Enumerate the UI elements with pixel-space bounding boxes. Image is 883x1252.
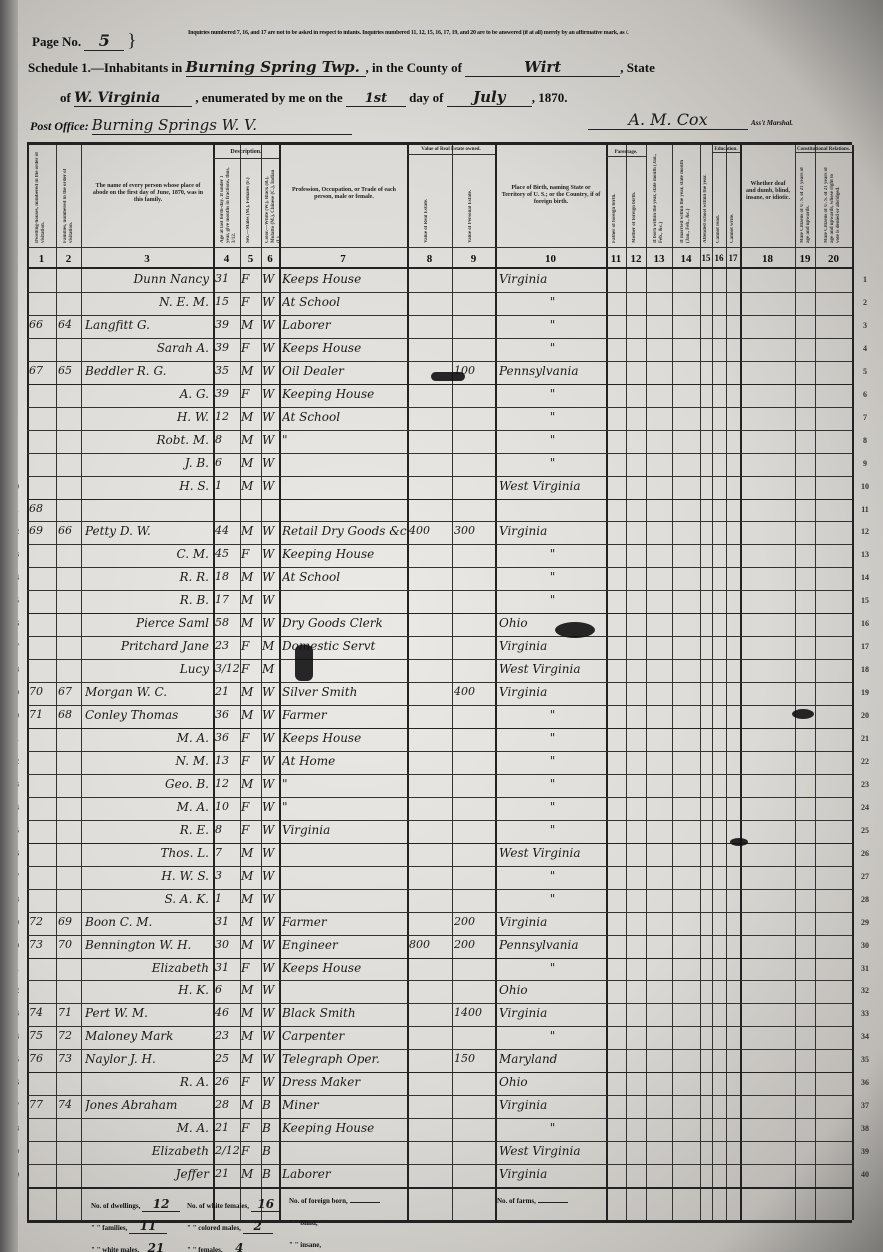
name-cell: M. A. (85, 731, 213, 745)
line-number-right: 16 (857, 619, 873, 628)
birthplace-cell: " (499, 387, 606, 401)
col-num-3: 3 (81, 253, 213, 265)
birthplace-cell: Virginia (499, 524, 606, 538)
birthplace-cell: " (499, 869, 606, 883)
birthplace-cell: Virginia (499, 685, 606, 699)
birthplace-cell: Virginia (499, 639, 606, 653)
birthplace-cell: " (499, 754, 606, 768)
color-cell: W (262, 938, 280, 952)
occupation-cell: Virginia (282, 823, 407, 837)
sex-cell: M (241, 1029, 261, 1043)
summary-white-males-value: 21 (141, 1241, 171, 1252)
occupation-cell: " (282, 800, 407, 814)
post-office-label: Post Office: (30, 119, 89, 133)
line-number-right: 14 (857, 573, 873, 582)
line-number-right: 32 (857, 986, 873, 995)
age-cell: 18 (215, 570, 240, 583)
personal-estate-cell: 200 (454, 915, 495, 928)
sex-cell: F (241, 387, 261, 401)
line-number-right: 1 (857, 275, 873, 284)
occupation-cell: Keeps House (282, 961, 407, 975)
age-cell: 8 (215, 433, 240, 446)
birthplace-cell: West Virginia (499, 846, 606, 860)
col-11-label: Father of foreign birth. (612, 171, 618, 243)
name-cell: Elizabeth (85, 1144, 213, 1158)
occupation-cell: Silver Smith (282, 685, 407, 699)
col-9-label: Value of Personal Estate. (468, 171, 474, 243)
age-cell: 28 (215, 1098, 240, 1111)
occupation-cell: Keeps House (282, 341, 407, 355)
sex-cell: F (241, 961, 261, 975)
name-cell: Petty D. W. (85, 524, 213, 538)
sex-cell: M (241, 433, 261, 447)
summary-foreign-born-value (350, 1202, 380, 1203)
birthplace-cell: " (499, 295, 606, 309)
sex-cell: M (241, 410, 261, 424)
ink-blot (295, 645, 313, 681)
real-estate-cell: 800 (409, 938, 452, 951)
dwelling-cell: 75 (29, 1029, 55, 1042)
col-16-label: Cannot read. (716, 175, 722, 243)
line-number-left: 8 (7, 436, 23, 445)
family-cell: 66 (58, 524, 80, 537)
sex-cell: F (241, 800, 261, 814)
color-cell: W (262, 731, 280, 745)
personal-estate-cell: 300 (454, 524, 495, 537)
name-cell: R. B. (85, 593, 213, 607)
occupation-cell: At School (282, 295, 407, 309)
name-cell: Elizabeth (85, 961, 213, 975)
col-num-12: 12 (626, 253, 646, 265)
dwelling-cell: 70 (29, 685, 55, 698)
color-cell: W (262, 547, 280, 561)
name-cell: Conley Thomas (85, 708, 213, 722)
birthplace-cell: Ohio (499, 983, 606, 997)
birthplace-cell: " (499, 547, 606, 561)
summary-colored-females: " " females, 4 (187, 1241, 254, 1252)
birthplace-cell: " (499, 410, 606, 424)
line-number-left: 2 (7, 298, 23, 307)
occupation-cell: Oil Dealer (282, 364, 407, 378)
age-cell: 13 (215, 754, 240, 767)
age-cell: 23 (215, 639, 240, 652)
state-field: W. Virginia (74, 90, 192, 107)
col-7-label: Profession, Occupation, or Trade of each… (289, 187, 399, 201)
line-number-left: 5 (7, 367, 23, 376)
age-cell: 39 (215, 318, 240, 331)
line-number-left: 32 (7, 986, 23, 995)
name-cell: H. W. S. (85, 869, 213, 883)
sex-cell: M (241, 364, 261, 378)
sex-cell: F (241, 823, 261, 837)
line-number-right: 12 (857, 527, 873, 536)
personal-estate-cell: 1400 (454, 1006, 495, 1019)
sex-cell: M (241, 708, 261, 722)
sex-cell: M (241, 938, 261, 952)
summary-farms: No. of farms, (497, 1197, 568, 1205)
col-num-20: 20 (815, 253, 852, 265)
name-cell: Pert W. M. (85, 1006, 213, 1020)
summary-colored-males: " " colored males, 2 (187, 1219, 273, 1234)
occupation-cell: At School (282, 570, 407, 584)
color-cell: M (262, 662, 280, 676)
name-cell: Sarah A. (85, 341, 213, 355)
dwelling-cell: 74 (29, 1006, 55, 1019)
line-number-left: 14 (7, 573, 23, 582)
sex-cell: M (241, 616, 261, 630)
birthplace-cell: " (499, 570, 606, 584)
occupation-cell: Retail Dry Goods &c. (282, 524, 407, 538)
line-number-right: 13 (857, 550, 873, 559)
line-number-right: 8 (857, 436, 873, 445)
sex-cell: M (241, 570, 261, 584)
age-cell: 3/12 (215, 662, 240, 675)
occupation-cell: At School (282, 410, 407, 424)
family-cell: 69 (58, 915, 80, 928)
color-cell: W (262, 915, 280, 929)
marshal-label: Ass't Marshal. (751, 119, 793, 127)
color-cell: W (262, 846, 280, 860)
col-10-label: Place of Birth, naming State or Territor… (501, 185, 601, 206)
sex-cell: M (241, 777, 261, 791)
sex-cell: M (241, 524, 261, 538)
post-office-line: Post Office: Burning Springs W. V. (30, 116, 352, 135)
age-cell: 25 (215, 1052, 240, 1065)
group-constitutional: Constitutional Relations. (795, 147, 852, 153)
line-number-left: 39 (7, 1147, 23, 1156)
family-cell: 64 (58, 318, 80, 331)
name-cell: M. A. (85, 1121, 213, 1135)
sex-cell: F (241, 272, 261, 286)
sex-cell: M (241, 456, 261, 470)
line-number-right: 20 (857, 711, 873, 720)
schedule-label: Schedule 1.—Inhabitants in (28, 60, 182, 75)
birthplace-cell: " (499, 708, 606, 722)
birthplace-cell: " (499, 800, 606, 814)
birthplace-cell: " (499, 1121, 606, 1135)
col-num-17: 17 (726, 253, 740, 263)
line-number-left: 28 (7, 895, 23, 904)
name-cell: S. A. K. (85, 892, 213, 906)
line-number-left: 15 (7, 596, 23, 605)
name-cell: Pierce Saml (85, 616, 213, 630)
year-label: , 1870. (532, 90, 568, 105)
birthplace-cell: Ohio (499, 1075, 606, 1089)
summary-dwellings-label: No. of dwellings, (91, 1202, 140, 1210)
family-cell: 74 (58, 1098, 80, 1111)
sex-cell: F (241, 639, 261, 653)
sex-cell: M (241, 1052, 261, 1066)
birthplace-cell: West Virginia (499, 1144, 606, 1158)
line-number-right: 35 (857, 1055, 873, 1064)
birthplace-cell: " (499, 892, 606, 906)
col-num-1: 1 (27, 253, 56, 265)
col-20-label: Male Citizens of U. S. of 21 years of ag… (824, 167, 842, 243)
color-cell: W (262, 892, 280, 906)
summary-farms-value (538, 1202, 568, 1203)
occupation-cell: Laborer (282, 318, 407, 332)
family-cell: 70 (58, 938, 80, 951)
sex-cell: M (241, 983, 261, 997)
line-number-left: 34 (7, 1032, 23, 1041)
col-num-7: 7 (279, 253, 407, 265)
sex-cell: M (241, 1006, 261, 1020)
summary-colored-males-value: 2 (243, 1219, 273, 1234)
birthplace-cell: Virginia (499, 1167, 606, 1181)
color-cell: W (262, 433, 280, 447)
line-number-right: 28 (857, 895, 873, 904)
col-12-label: Mother of foreign birth. (632, 171, 638, 243)
color-cell: W (262, 1052, 280, 1066)
occupation-cell: Keeping House (282, 547, 407, 561)
sex-cell: F (241, 547, 261, 561)
name-cell: Morgan W. C. (85, 685, 213, 699)
real-estate-cell: 400 (409, 524, 452, 537)
line-number-right: 36 (857, 1078, 873, 1087)
group-education: Education. (712, 147, 740, 153)
col-19-label: Male Citizens of U. S. of 21 years of ag… (800, 167, 812, 243)
col-num-6: 6 (261, 253, 279, 265)
line-number-right: 27 (857, 872, 873, 881)
summary-insane: " " insane, (289, 1241, 321, 1249)
occupation-cell: Keeping House (282, 387, 407, 401)
line-number-left: 25 (7, 826, 23, 835)
age-cell: 26 (215, 1075, 240, 1088)
col-3-label: The name of every person whose place of … (89, 183, 207, 204)
line-number-right: 17 (857, 642, 873, 651)
name-cell: Lucy (85, 662, 213, 676)
color-cell: W (262, 593, 280, 607)
color-cell: W (262, 708, 280, 722)
line-number-right: 22 (857, 757, 873, 766)
line-number-right: 38 (857, 1124, 873, 1133)
line-number-left: 27 (7, 872, 23, 881)
line-number-left: 37 (7, 1101, 23, 1110)
line-number-left: 19 (7, 688, 23, 697)
col-15-label: Attended school within the year. (703, 151, 709, 243)
family-cell: 73 (58, 1052, 80, 1065)
line-number-left: 21 (7, 734, 23, 743)
name-cell: Bennington W. H. (85, 938, 213, 952)
dwelling-cell: 77 (29, 1098, 55, 1111)
summary-colored-females-label: " " females, (187, 1246, 223, 1252)
birthplace-cell: " (499, 341, 606, 355)
birthplace-cell: West Virginia (499, 662, 606, 676)
line-number-left: 9 (7, 459, 23, 468)
name-cell: C. M. (85, 547, 213, 561)
dwelling-cell: 68 (29, 502, 55, 515)
color-cell: W (262, 318, 280, 332)
age-cell: 35 (215, 364, 240, 377)
sex-cell: M (241, 318, 261, 332)
line-number-right: 33 (857, 1009, 873, 1018)
color-cell: M (262, 639, 280, 653)
county-label: , in the County of (366, 60, 462, 75)
family-cell: 67 (58, 685, 80, 698)
age-cell: 15 (215, 295, 240, 308)
line-number-right: 29 (857, 918, 873, 927)
color-cell: W (262, 983, 280, 997)
line-number-left: 29 (7, 918, 23, 927)
line-number-left: 3 (7, 321, 23, 330)
age-cell: 2/12 (215, 1144, 240, 1157)
birthplace-cell: Virginia (499, 1006, 606, 1020)
birthplace-cell: " (499, 593, 606, 607)
line-number-right: 3 (857, 321, 873, 330)
col-1-label: Dwelling-houses, numbered in the order o… (35, 151, 47, 243)
age-cell: 30 (215, 938, 240, 951)
name-cell: Robt. M. (85, 433, 213, 447)
col-5-label: Sex.—Males (M.), Females (F.) (246, 167, 252, 243)
age-cell: 10 (215, 800, 240, 813)
birthplace-cell: Virginia (499, 1098, 606, 1112)
line-number-right: 5 (857, 367, 873, 376)
line-number-left: 20 (7, 711, 23, 720)
age-cell: 21 (215, 1167, 240, 1180)
color-cell: W (262, 524, 280, 538)
name-cell: J. B. (85, 456, 213, 470)
sex-cell: F (241, 1144, 261, 1158)
summary-families-label: " " families, (91, 1224, 127, 1232)
summary-families: " " families, 11 (91, 1219, 167, 1234)
occupation-cell: Dress Maker (282, 1075, 407, 1089)
summary-colored-males-label: " " colored males, (187, 1224, 241, 1232)
line-number-left: 10 (7, 482, 23, 491)
col-num-2: 2 (56, 253, 81, 265)
summary-white-males: " " white males, 21 (91, 1241, 171, 1252)
col-14-label: If married within the year, state month … (680, 151, 692, 243)
color-cell: W (262, 1006, 280, 1020)
summary-white-females-value: 16 (251, 1197, 281, 1212)
color-cell: B (262, 1098, 280, 1112)
state-label: , State (620, 60, 655, 75)
line-number-right: 4 (857, 344, 873, 353)
line-number-right: 9 (857, 459, 873, 468)
col-8-label: Value of Real Estate. (424, 171, 430, 243)
line-number-left: 7 (7, 413, 23, 422)
name-cell: N. E. M. (85, 295, 213, 309)
page-number: 5 (84, 31, 124, 51)
col-num-5: 5 (240, 253, 261, 265)
birthplace-cell: " (499, 318, 606, 332)
family-cell: 65 (58, 364, 80, 377)
age-cell: 31 (215, 961, 240, 974)
name-cell: Dunn Nancy (85, 272, 213, 286)
name-cell: Pritchard Jane (85, 639, 213, 653)
name-cell: R. A. (85, 1075, 213, 1089)
col-num-18: 18 (740, 253, 795, 265)
age-cell: 58 (215, 616, 240, 629)
age-cell: 36 (215, 731, 240, 744)
sex-cell: M (241, 479, 261, 493)
col-13-label: If born within the year, state month (Ja… (653, 151, 665, 243)
line-number-left: 33 (7, 1009, 23, 1018)
sex-cell: F (241, 295, 261, 309)
color-cell: W (262, 410, 280, 424)
birthplace-cell: Pennsylvania (499, 938, 606, 952)
family-cell: 68 (58, 708, 80, 721)
name-cell: H. S. (85, 479, 213, 493)
line-number-right: 6 (857, 390, 873, 399)
dwelling-cell: 71 (29, 708, 55, 721)
line-number-left: 38 (7, 1124, 23, 1133)
of-label: of (60, 90, 71, 105)
dwelling-cell: 76 (29, 1052, 55, 1065)
line-number-right: 30 (857, 941, 873, 950)
line-number-right: 21 (857, 734, 873, 743)
col-18-label: Whether deaf and dumb, blind, insane, or… (745, 181, 791, 202)
col-num-15: 15 (700, 253, 712, 263)
occupation-cell: Engineer (282, 938, 407, 952)
line-number-right: 7 (857, 413, 873, 422)
col-2-label: Families, numbered in the order of visit… (63, 151, 75, 243)
name-cell: H. W. (85, 410, 213, 424)
group-description: Description. (213, 149, 279, 159)
ink-blot (792, 709, 814, 719)
name-cell: Geo. B. (85, 777, 213, 791)
color-cell: W (262, 387, 280, 401)
dwelling-cell: 67 (29, 364, 55, 377)
line-number-right: 15 (857, 596, 873, 605)
line-number-right: 34 (857, 1032, 873, 1041)
birthplace-cell: " (499, 777, 606, 791)
col-num-4: 4 (213, 253, 240, 265)
line-number-right: 10 (857, 482, 873, 491)
line-number-right: 23 (857, 780, 873, 789)
sex-cell: F (241, 1075, 261, 1089)
col-4-label: Age at last birth-day. If under 1 year, … (220, 167, 238, 243)
color-cell: W (262, 456, 280, 470)
birthplace-cell: " (499, 823, 606, 837)
sex-cell: M (241, 685, 261, 699)
sex-cell: M (241, 593, 261, 607)
group-value-estate: Value of Real Estate owned. (407, 147, 495, 155)
name-cell: Boon C. M. (85, 915, 213, 929)
col-num-10: 10 (495, 253, 606, 265)
summary-white-females: No. of white females, 16 (187, 1197, 281, 1212)
ink-blot (431, 372, 465, 381)
personal-estate-cell: 200 (454, 938, 495, 951)
birthplace-cell: " (499, 731, 606, 745)
color-cell: W (262, 1029, 280, 1043)
line-number-left: 11 (7, 505, 23, 514)
enumerated-label: , enumerated by me on the (195, 90, 342, 105)
color-cell: W (262, 272, 280, 286)
personal-estate-cell: 400 (454, 685, 495, 698)
line-number-left: 18 (7, 665, 23, 674)
line-number-right: 11 (857, 505, 873, 514)
sex-cell: F (241, 754, 261, 768)
group-parentage: Parentage. (606, 149, 646, 157)
township-field: Burning Spring Twp. (186, 58, 366, 77)
color-cell: W (262, 570, 280, 584)
summary-white-females-label: No. of white females, (187, 1202, 249, 1210)
name-cell: Beddler R. G. (85, 364, 213, 378)
ink-blot (555, 622, 595, 638)
summary-dwellings-value: 12 (142, 1197, 180, 1212)
age-cell: 8 (215, 823, 240, 836)
line-number-right: 18 (857, 665, 873, 674)
ink-blot (730, 838, 748, 846)
name-cell: M. A. (85, 800, 213, 814)
birthplace-cell: " (499, 433, 606, 447)
family-cell: 71 (58, 1006, 80, 1019)
sex-cell: M (241, 915, 261, 929)
sex-cell: M (241, 1098, 261, 1112)
summary-families-value: 11 (129, 1219, 167, 1234)
line-number-right: 31 (857, 964, 873, 973)
line-number-right: 39 (857, 1147, 873, 1156)
